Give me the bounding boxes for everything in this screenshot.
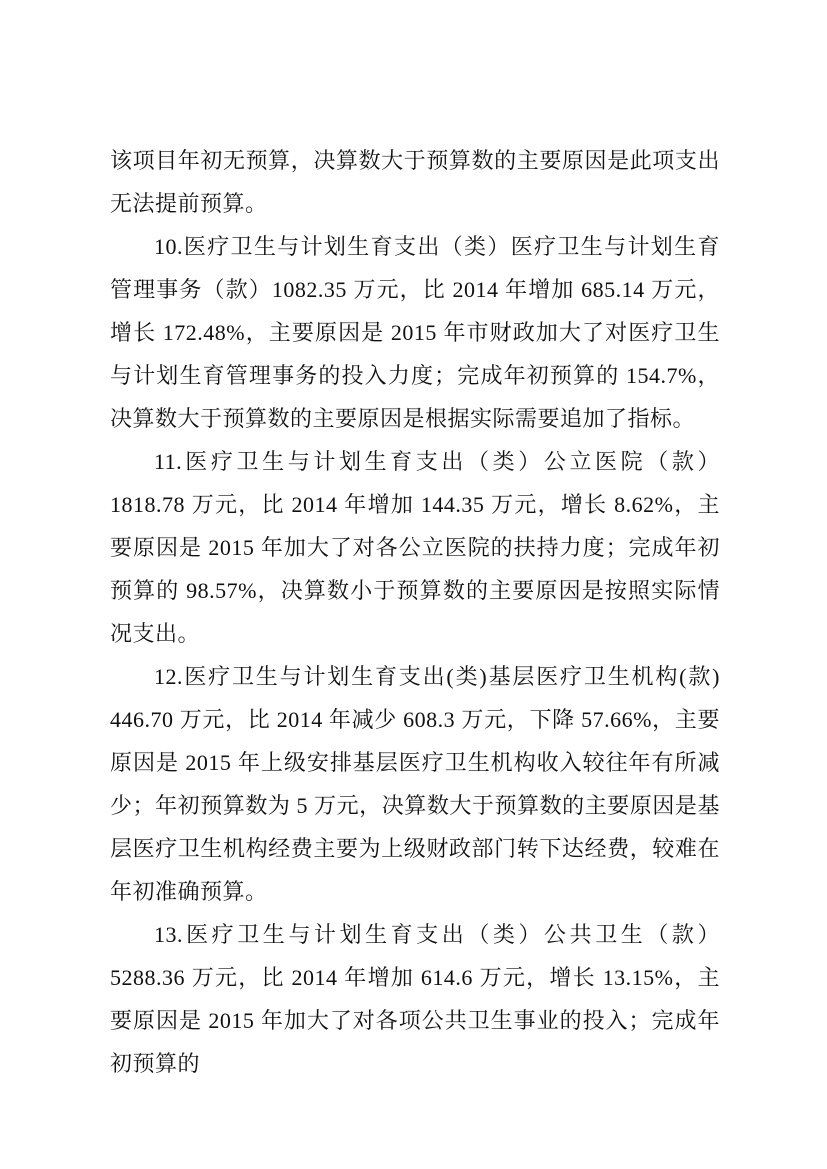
paragraph-item-13: 13.医疗卫生与计划生育支出（类）公共卫生（款）5288.36 万元，比 201… xyxy=(110,913,720,1085)
document-text-block: 该项目年初无预算，决算数大于预算数的主要原因是此项支出无法提前预算。 10.医疗… xyxy=(110,139,720,1085)
paragraph-item-12: 12.医疗卫生与计划生育支出(类)基层医疗卫生机构(款) 446.70 万元，比… xyxy=(110,655,720,913)
paragraph-item-11: 11.医疗卫生与计划生育支出（类）公立医院（款）1818.78 万元，比 201… xyxy=(110,440,720,655)
document-page: 该项目年初无预算，决算数大于预算数的主要原因是此项支出无法提前预算。 10.医疗… xyxy=(0,0,827,1169)
paragraph-continuation: 该项目年初无预算，决算数大于预算数的主要原因是此项支出无法提前预算。 xyxy=(110,139,720,225)
paragraph-item-10: 10.医疗卫生与计划生育支出（类）医疗卫生与计划生育管理事务（款）1082.35… xyxy=(110,225,720,440)
